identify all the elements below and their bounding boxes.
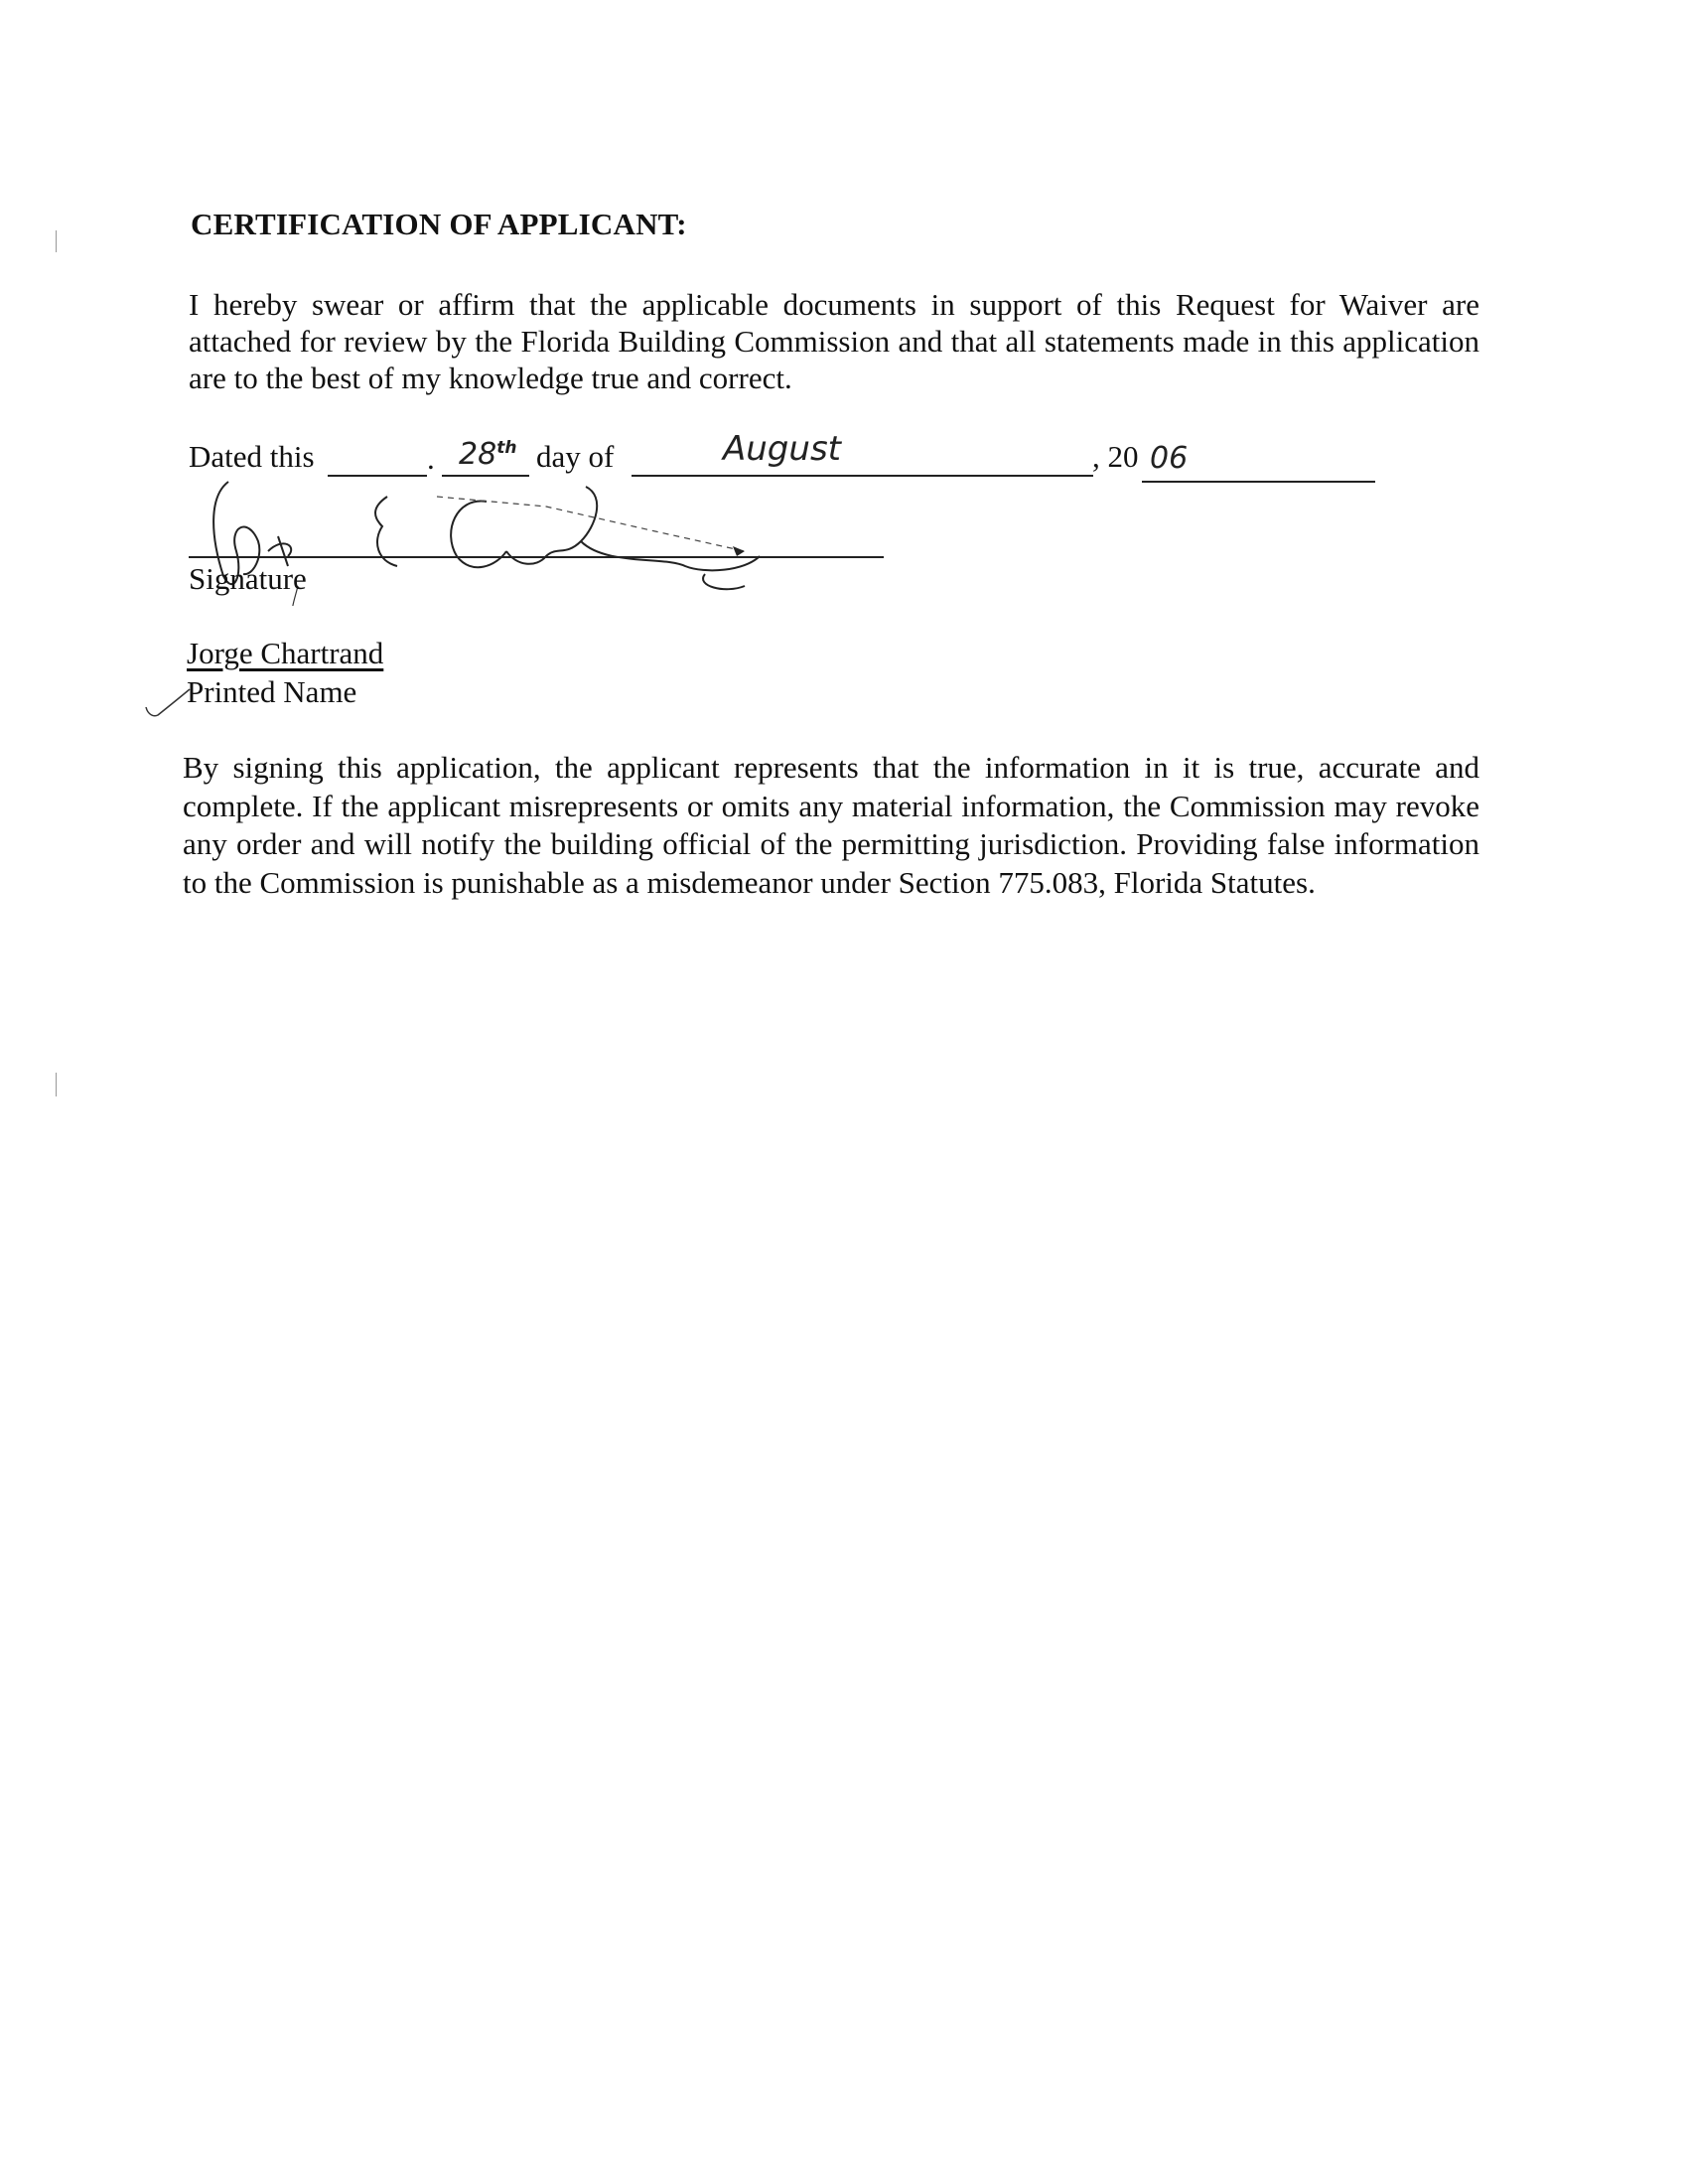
year-prefix-label: , 20 — [1092, 439, 1139, 475]
printed-name-label: Printed Name — [187, 674, 356, 710]
day-suffix: th — [496, 438, 516, 458]
certification-paragraph: I hereby swear or affirm that the applic… — [189, 286, 1479, 396]
scan-margin-mark — [56, 1073, 57, 1096]
signature-label: Signature — [189, 561, 307, 597]
signature-line[interactable] — [189, 556, 884, 558]
disclaimer-paragraph: By signing this application, the applica… — [183, 749, 1479, 902]
printed-name-value: Jorge Chartrand — [187, 636, 383, 671]
year-field-value: 06 — [1150, 441, 1188, 476]
section-heading: CERTIFICATION OF APPLICANT: — [191, 207, 687, 242]
year-field-line[interactable] — [1142, 481, 1375, 483]
scan-margin-mark — [56, 230, 57, 252]
checkmark-icon — [144, 685, 194, 725]
